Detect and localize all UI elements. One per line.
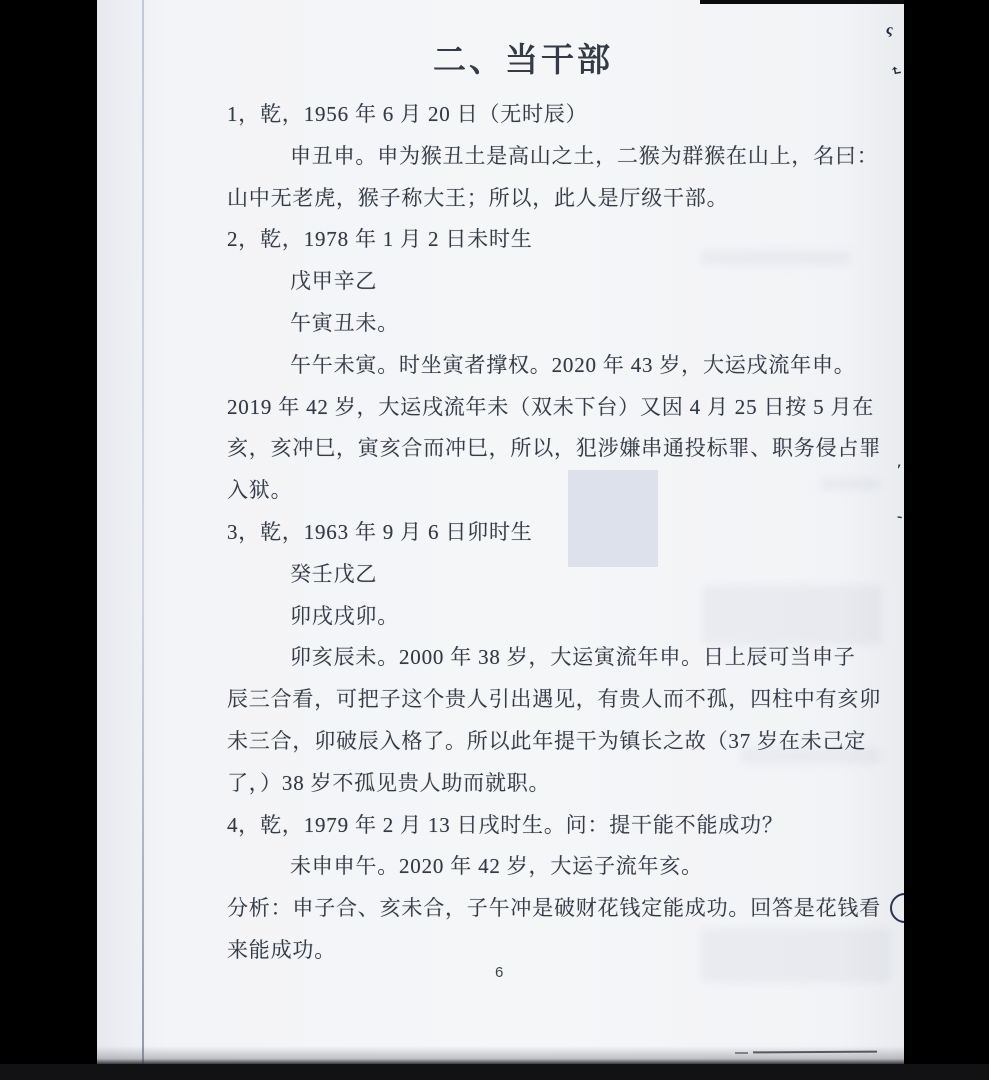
text-line: 申丑申。申为猴丑土是高山之土，二猴为群猴在山上，名曰： bbox=[227, 140, 904, 170]
margin-ink-mark: ‐ bbox=[896, 508, 904, 527]
page-number: 6 bbox=[495, 964, 503, 981]
text-line: 山中无老虎，猴子称大王；所以，此人是厅级干部。 bbox=[227, 182, 887, 212]
text-line: 亥，亥冲巳，寅亥合而冲巳，所以，犯涉嫌串通投标罪、职务侵占罪 bbox=[227, 432, 887, 462]
margin-ink-mark: ′ bbox=[897, 462, 902, 480]
text-line: 了，）38 岁不孤见贵人助而就职。 bbox=[227, 767, 887, 797]
margin-ink-mark: ς bbox=[884, 22, 894, 40]
text-line: 1，乾，1956 年 6 月 20 日（无时辰） bbox=[227, 98, 887, 128]
margin-ink-mark: ↵ bbox=[885, 63, 904, 78]
text-line: 卯亥辰未。2000 年 38 岁，大运寅流年申。日上辰可当申子 bbox=[227, 641, 904, 671]
text-line: 辰三合看，可把子这个贵人引出遇见，有贵人而不孤，四柱中有亥卯 bbox=[227, 683, 887, 713]
vertical-fold-crease bbox=[142, 0, 144, 1064]
text-line: 未申申午。2020 年 42 岁，大运子流年亥。 bbox=[227, 850, 904, 880]
text-line: 分析：申子合、亥未合，子午冲是破财花钱定能成功。回答是花钱看 bbox=[227, 892, 887, 922]
photo-top-edge bbox=[700, 0, 904, 4]
scanned-document-photo: { "document": { "title": "二、当干部", "page_… bbox=[0, 0, 989, 1080]
photo-bottom-edge bbox=[0, 1064, 989, 1080]
paper-page: 二、当干部 1，乾，1956 年 6 月 20 日（无时辰）申丑申。申为猴丑土是… bbox=[97, 0, 904, 1064]
text-line: 2，乾，1978 年 1 月 2 日未时生 bbox=[227, 223, 887, 253]
pen-underline-dash bbox=[735, 1052, 748, 1054]
margin-circle-mark bbox=[890, 893, 904, 923]
redaction-patch bbox=[568, 470, 658, 567]
bleed-through-smudge bbox=[700, 928, 890, 983]
page-title: 二、当干部 bbox=[433, 34, 613, 81]
text-line: 癸壬戊乙 bbox=[227, 558, 904, 588]
bleed-through-smudge bbox=[740, 748, 880, 764]
text-line: 午午未寅。时坐寅者撑权。2020 年 43 岁，大运戌流年申。 bbox=[227, 349, 904, 379]
text-line: 午寅丑未。 bbox=[227, 307, 904, 337]
bleed-through-smudge bbox=[820, 478, 880, 490]
text-line: 入狱。 bbox=[227, 474, 887, 504]
text-line: 3，乾，1963 年 9 月 6 日卯时生 bbox=[227, 516, 887, 546]
text-line: 2019 年 42 岁，大运戌流年未（双未下台）又因 4 月 25 日按 5 月… bbox=[227, 391, 887, 421]
bleed-through-smudge bbox=[700, 250, 850, 266]
text-line: 戊甲辛乙 bbox=[227, 265, 904, 295]
pen-underline bbox=[753, 1051, 877, 1054]
bleed-through-smudge bbox=[702, 585, 882, 645]
text-line: 4，乾，1979 年 2 月 13 日戌时生。问：提干能不能成功？ bbox=[227, 809, 887, 839]
